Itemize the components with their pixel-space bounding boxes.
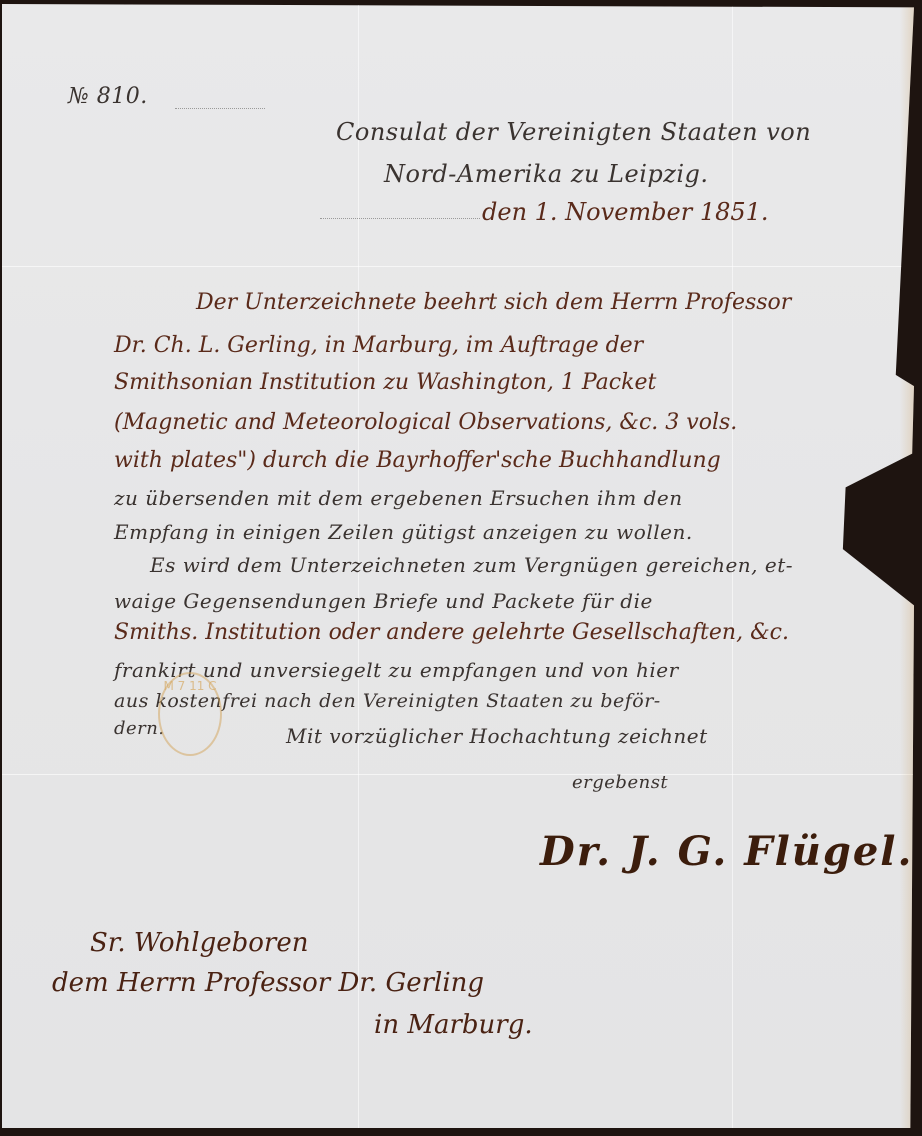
body-line: Smiths. Institution oder andere gelehrte… [114,620,789,645]
letterhead-line-2: Nord-Amerika zu Leipzig. [384,160,709,188]
signature: Dr. J. G. Flügel. [540,828,913,875]
document-number: № 810. [68,84,148,109]
edge-stain [900,4,914,1128]
body-line: dern. [114,718,165,739]
letterhead-line-1: Consulat der Vereinigten Staaten von [336,118,811,146]
address-line-2: dem Herrn Professor Dr. Gerling [52,968,484,998]
postal-stamp: M 7 11 C [158,672,222,756]
body-line: Empfang in einigen Zeilen gütigst anzeig… [114,520,693,544]
body-line: Dr. Ch. L. Gerling, in Marburg, im Auftr… [114,333,643,358]
body-line: Es wird dem Unterzeichneten zum Vergnüge… [150,553,793,577]
letter-date: den 1. November 1851. [482,198,769,226]
body-line: Der Unterzeichnete beehrt sich dem Herrn… [196,290,791,315]
address-line-3: in Marburg. [374,1010,533,1040]
body-line: (Magnetic and Meteorological Observation… [114,410,737,435]
dotted-rule [320,218,480,219]
valediction: ergebenst [572,772,668,793]
body-line: Smithsonian Institution zu Washington, 1… [114,370,656,395]
dotted-rule [175,108,265,109]
body-line: zu übersenden mit dem ergebenen Ersuchen… [114,486,683,510]
fold-line-horizontal [2,774,914,775]
address-line-1: Sr. Wohlgeboren [90,928,308,958]
closing-line: Mit vorzüglicher Hochachtung zeichnet [286,724,708,748]
body-line: with plates") durch die Bayrhoffer'sche … [114,448,721,473]
body-line: waige Gegensendungen Briefe und Packete … [114,589,653,613]
fold-line-horizontal [2,266,914,267]
